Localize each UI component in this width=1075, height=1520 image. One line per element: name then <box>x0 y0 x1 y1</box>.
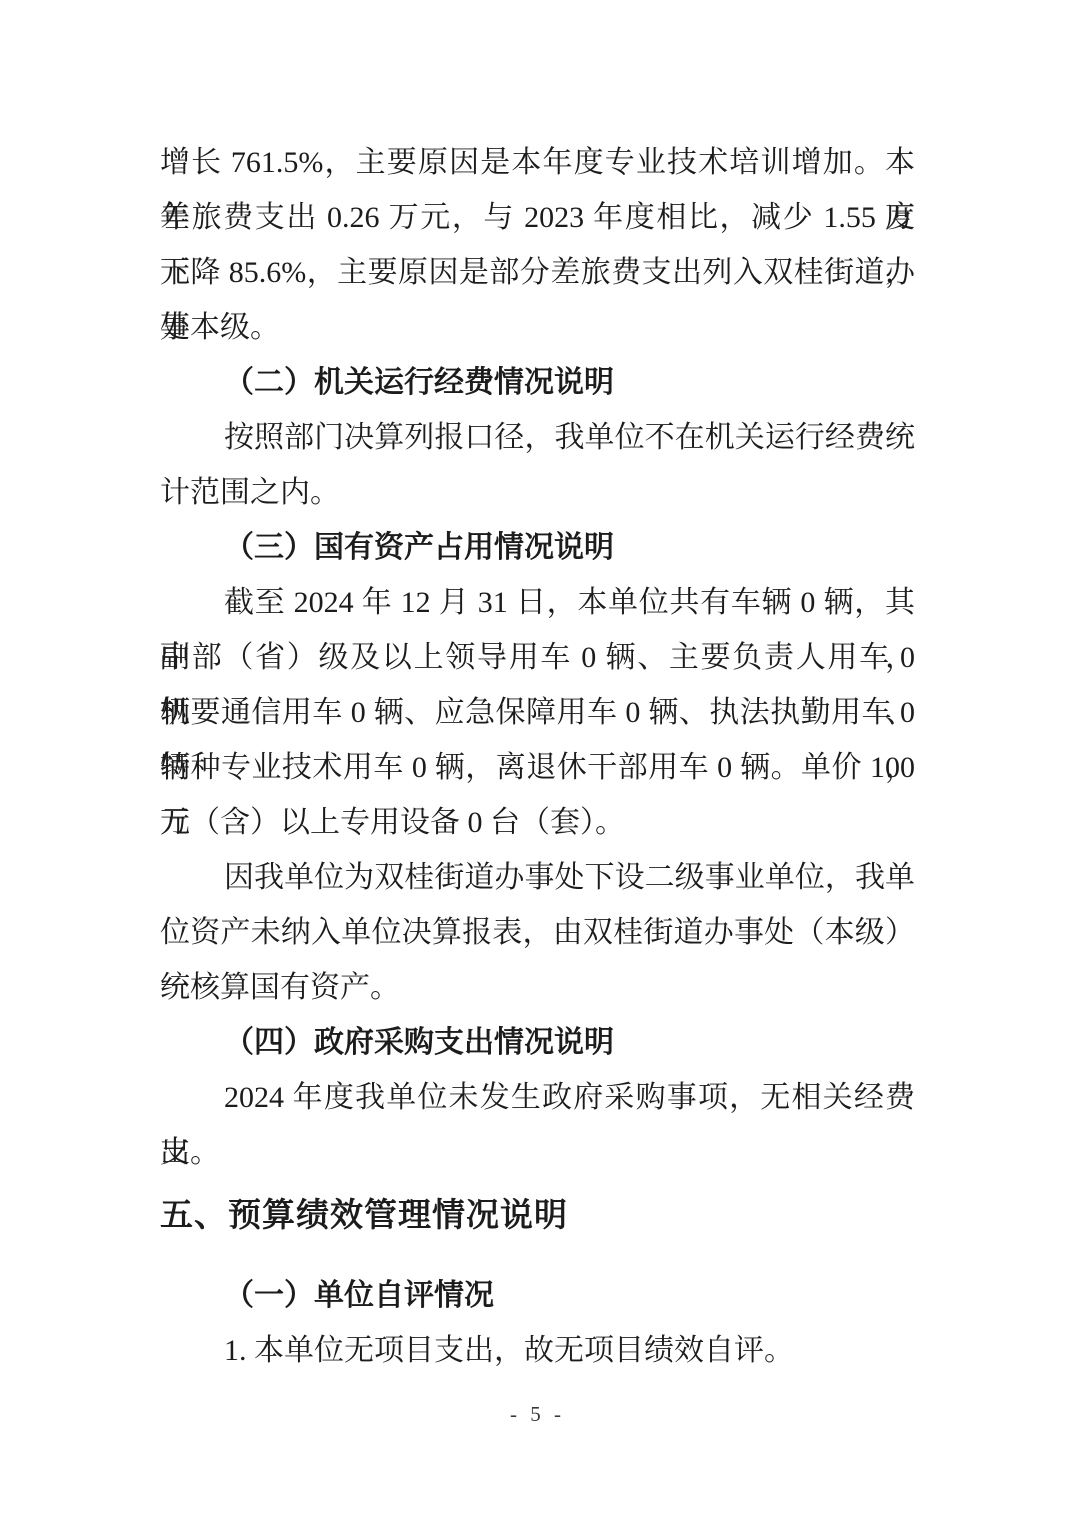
body-text-line: 出。 <box>160 1125 915 1180</box>
body-text-line: 一核算国有资产。 <box>160 960 915 1015</box>
document-page: 增长 761.5%，主要原因是本年度专业技术培训增加。本年度差旅费支出 0.26… <box>0 0 1075 1520</box>
body-text-line: 元（含）以上专用设备 0 台（套）。 <box>160 795 915 850</box>
body-text-line: 截至 2024 年 12 月 31 日，本单位共有车辆 0 辆，其中， <box>160 575 915 630</box>
body-text-line: 副部（省）级及以上领导用车 0 辆、主要负责人用车 0 辆、 <box>160 630 915 685</box>
body-text-line: 位资产未纳入单位决算报表，由双桂街道办事处（本级）统 <box>160 905 915 960</box>
body-text-line: 处本级。 <box>160 300 915 355</box>
body-text-line: 差旅费支出 0.26 万元，与 2023 年度相比，减少 1.55 万元， <box>160 190 915 245</box>
page-content: 增长 761.5%，主要原因是本年度专业技术培训增加。本年度差旅费支出 0.26… <box>160 0 915 1378</box>
sub-section-heading: （二）机关运行经费情况说明 <box>160 355 915 410</box>
page-number: - 5 - <box>0 1402 1075 1427</box>
body-text-line: 计范围之内。 <box>160 465 915 520</box>
body-text-line: 特种专业技术用车 0 辆，离退休干部用车 0 辆。单价 100 万 <box>160 740 915 795</box>
body-text-line: 增长 761.5%，主要原因是本年度专业技术培训增加。本年度 <box>160 135 915 190</box>
body-text-line: 2024 年度我单位未发生政府采购事项，无相关经费支 <box>160 1070 915 1125</box>
section-heading: 五、预算绩效管理情况说明 <box>160 1186 915 1244</box>
sub-section-heading: （一）单位自评情况 <box>160 1268 915 1323</box>
body-text-line: 因我单位为双桂街道办事处下设二级事业单位，我单 <box>160 850 915 905</box>
body-text-line: 按照部门决算列报口径，我单位不在机关运行经费统 <box>160 410 915 465</box>
body-text-line: 机要通信用车 0 辆、应急保障用车 0 辆、执法执勤用车 0 辆， <box>160 685 915 740</box>
sub-section-heading: （四）政府采购支出情况说明 <box>160 1015 915 1070</box>
body-text-line: 1. 本单位无项目支出，故无项目绩效自评。 <box>160 1323 915 1378</box>
body-text-line: 下降 85.6%，主要原因是部分差旅费支出列入双桂街道办事 <box>160 245 915 300</box>
sub-section-heading: （三）国有资产占用情况说明 <box>160 520 915 575</box>
